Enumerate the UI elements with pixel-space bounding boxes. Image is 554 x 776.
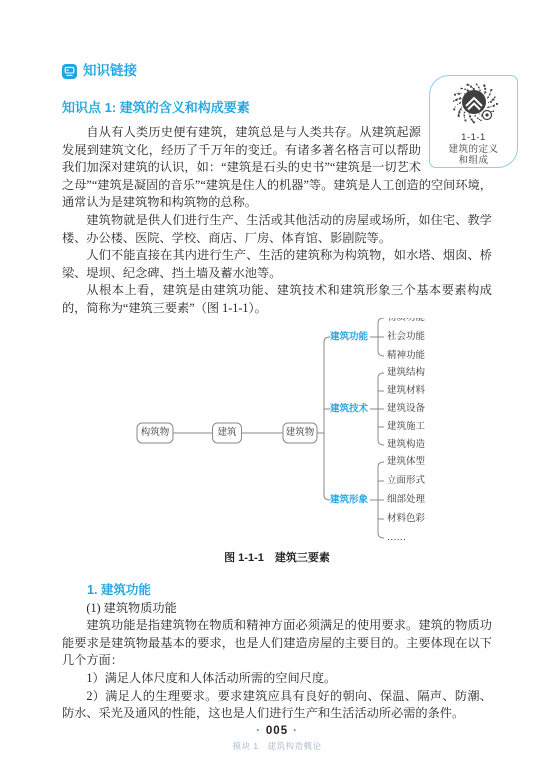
qr-dot — [490, 89, 492, 91]
diagram-leaf-label: 建筑体型 — [387, 455, 426, 467]
qr-dot — [459, 108, 461, 110]
subsection-paragraph: 建筑功能是指建筑物在物质和精神方面必须满足的使用要求。建筑的物质功能要求是建筑物… — [62, 617, 492, 670]
qr-dot — [470, 86, 472, 88]
diagram-leaf-label: 物质功能 — [387, 318, 425, 323]
qr-dot — [463, 117, 464, 118]
diagram-box-label: 建筑 — [217, 426, 237, 438]
qr-dot — [467, 84, 468, 85]
page-number: ·005· — [0, 725, 554, 737]
qr-caption-line2: 和组成 — [430, 155, 517, 167]
diagram-leaf-label: 建筑施工 — [387, 420, 426, 432]
qr-dot — [474, 115, 475, 116]
page-footer: ·005· 模块 1 建筑构造概论 — [0, 725, 554, 752]
qr-dot — [495, 103, 497, 105]
qr-dot — [456, 98, 457, 99]
qr-dot — [471, 120, 472, 121]
page-number-value: 005 — [266, 725, 288, 737]
qr-dot — [480, 120, 481, 121]
diagram-connector — [324, 337, 330, 500]
knowledge-point-title: 知识点 1: 建筑的含义和构成要素 — [62, 100, 492, 115]
textbook-page: { "colors":{ "accent":"#1fa6e0", "diagra… — [0, 0, 554, 776]
module-label: 模块 1 建筑构造概论 — [0, 740, 554, 752]
figure-three-elements: 构筑物建筑建筑物建筑功能物质功能社会功能精神功能建筑技术建筑结构建筑材料建筑设备… — [62, 318, 492, 565]
qr-dot — [463, 112, 464, 113]
subsection-subtitle: (1) 建筑物质功能 — [62, 600, 492, 618]
list-item-2: 2）满足人的生理要求。要求建筑应具有良好的朝向、保温、隔声、防潮、防水、采光及通… — [62, 688, 492, 723]
page-number-dot-left: · — [256, 725, 261, 737]
qr-dot — [470, 118, 472, 120]
qr-code-card: 1-1-1 建筑的定义 和组成 — [429, 75, 518, 168]
figure-caption: 图 1-1-1 建筑三要素 — [62, 549, 492, 565]
knowledge-link-header: 知识链接 — [62, 63, 492, 79]
qr-dot — [488, 95, 489, 96]
paragraph-1: 自从有人类历史便有建筑，建筑总是与人类共存。从建筑起源发展到建筑文化，经历了千万… — [62, 124, 492, 212]
paragraph-4: 从根本上看，建筑是由建筑功能、建筑技术和建筑形象三个基本要素构成的，简称为“建筑… — [62, 282, 492, 317]
qr-dot — [489, 91, 490, 92]
qr-dot — [457, 104, 458, 105]
knowledge-link-label: 知识链接 — [83, 63, 137, 79]
qr-dot — [491, 111, 492, 112]
page-number-dot-right: · — [293, 725, 298, 737]
qr-dot — [486, 107, 487, 108]
qr-art — [444, 79, 504, 127]
diagram-leaf-label: 立面形式 — [387, 474, 426, 486]
qr-dot — [492, 105, 494, 107]
qr-dot — [460, 88, 461, 89]
qr-dot — [468, 113, 469, 114]
diagram-box-label: 建筑物 — [286, 426, 315, 438]
qr-dot — [457, 114, 458, 115]
qr-dot — [491, 99, 492, 100]
qr-dot — [478, 88, 479, 89]
qr-dot — [458, 93, 460, 95]
qr-dot — [469, 115, 471, 117]
paragraph-2: 建筑物就是供人们进行生产、生活或其他活动的房屋或场所，如住宅、教学楼、办公楼、医… — [62, 212, 492, 247]
qr-dot — [488, 102, 489, 103]
qr-code-number: 1-1-1 — [430, 132, 517, 144]
diagram-leaf-label: 建筑构造 — [387, 438, 426, 450]
qr-dot — [489, 101, 491, 103]
diagram-leaf-label: 社会功能 — [387, 330, 425, 342]
qr-dot — [464, 89, 465, 90]
qr-corner-badge-dot — [485, 113, 488, 116]
three-elements-diagram: 构筑物建筑建筑物建筑功能物质功能社会功能精神功能建筑技术建筑结构建筑材料建筑设备… — [62, 318, 492, 546]
qr-dot — [490, 106, 491, 107]
page-content: 知识链接 1-1-1 建筑的定义 和组成 知识点 1: 建筑的含义和构成要素 自… — [0, 0, 554, 723]
qr-dot — [460, 102, 461, 103]
qr-dot — [494, 97, 495, 98]
qr-dot — [456, 93, 457, 94]
qr-dot — [479, 113, 480, 114]
qr-dot — [453, 100, 454, 101]
qr-dot — [472, 88, 474, 90]
diagram-leaf-label: 建筑结构 — [387, 366, 426, 378]
diagram-leaf-label: 精神功能 — [387, 349, 425, 361]
qr-dot — [461, 88, 462, 89]
paragraph-3: 人们不能直接在其内进行生产、生活的建筑称为构筑物，如水塔、烟囱、桥梁、堤坝、纪念… — [62, 247, 492, 282]
qr-dot — [459, 97, 460, 98]
qr-dot — [453, 108, 455, 110]
qr-dot — [463, 115, 464, 116]
qr-dot — [484, 91, 486, 93]
diagram-box-label: 构筑物 — [141, 426, 170, 438]
qr-dot — [454, 94, 456, 96]
qr-dot — [492, 111, 493, 112]
qr-dot — [457, 115, 459, 117]
qr-dot — [483, 86, 484, 87]
qr-dot — [476, 85, 477, 86]
qr-dot — [460, 93, 461, 94]
diagram-branch-label: 建筑形象 — [330, 493, 369, 505]
qr-dot — [484, 88, 486, 90]
diagram-leaf-label: 建筑设备 — [387, 402, 426, 414]
diagram-leaf-label: 建筑材料 — [387, 384, 426, 396]
qr-dot — [488, 107, 489, 108]
qr-center-circle — [462, 90, 486, 114]
subsection-title: 1. 建筑功能 — [87, 583, 492, 598]
qr-dot — [461, 107, 462, 108]
diagram-branch-label: 建筑功能 — [330, 330, 369, 342]
qr-dot — [458, 110, 459, 111]
qr-dot — [486, 97, 487, 98]
qr-dot — [458, 112, 460, 114]
diagram-branch-label: 建筑技术 — [330, 402, 369, 414]
diagram-leaf-label: …… — [387, 533, 406, 543]
qr-dot — [483, 93, 484, 94]
qr-dot — [479, 119, 480, 120]
qr-dot — [477, 118, 478, 119]
qr-caption-line1: 建筑的定义 — [430, 144, 517, 156]
diagram-leaf-label: 细部处理 — [387, 493, 426, 505]
qr-dot — [454, 106, 455, 107]
diagram-leaf-label: 材料色彩 — [387, 512, 426, 524]
knowledge-link-icon — [62, 64, 77, 79]
list-item-1: 1）满足人体尺度和人体活动所需的空间尺度。 — [62, 670, 492, 688]
qr-dot — [464, 119, 466, 121]
qr-dot — [463, 114, 464, 115]
qr-dot — [479, 90, 480, 91]
qr-dot — [471, 87, 472, 88]
